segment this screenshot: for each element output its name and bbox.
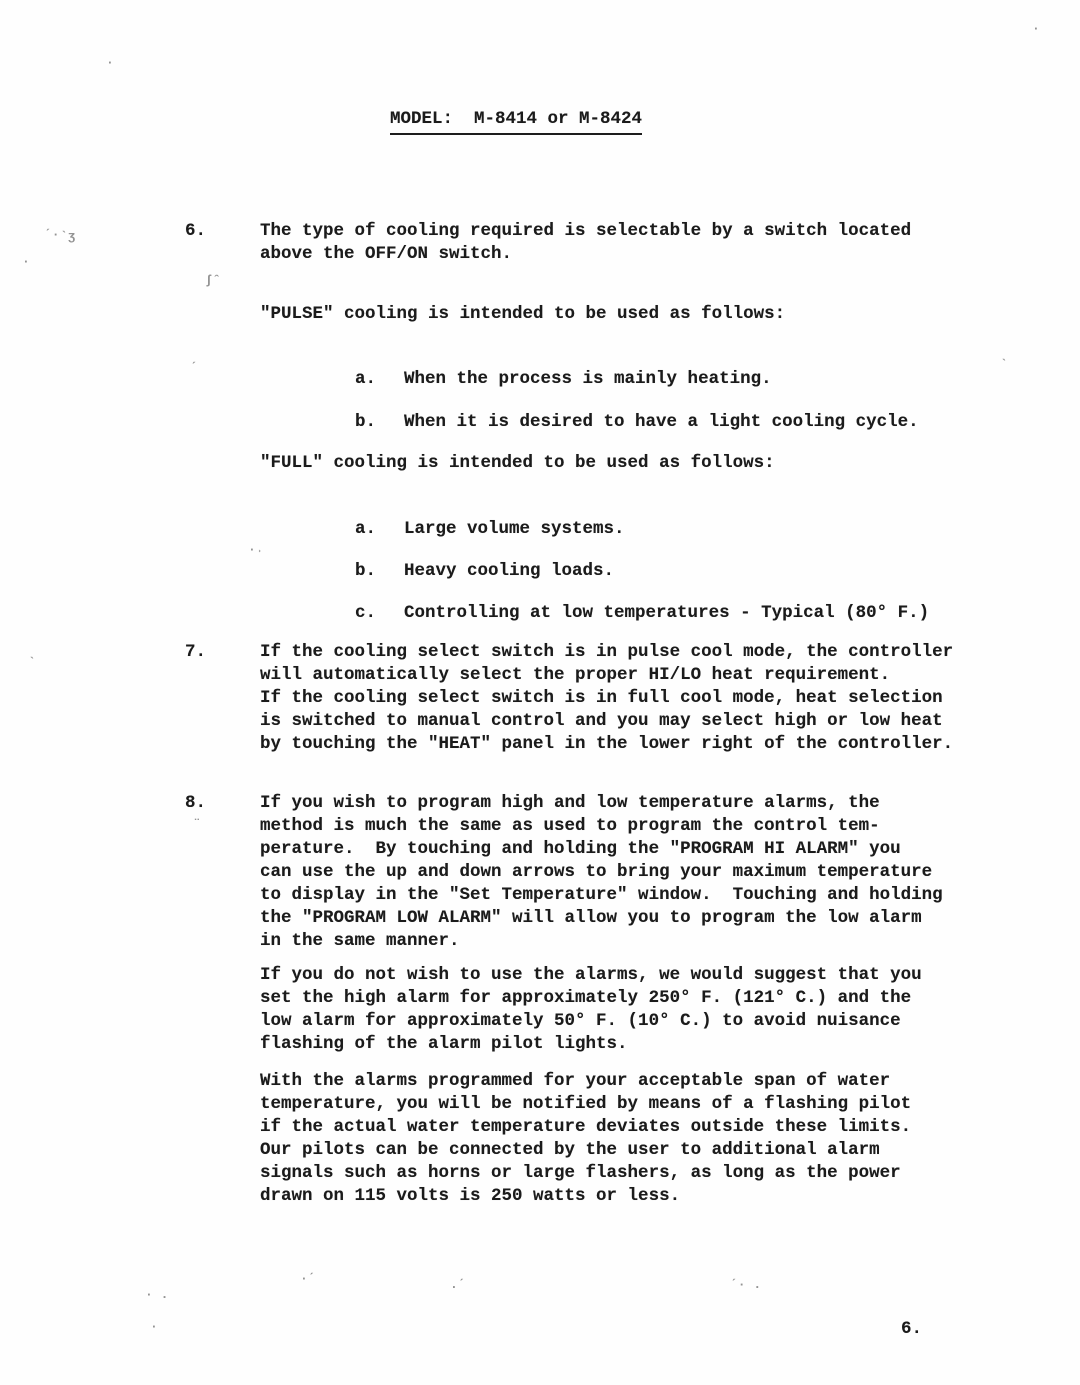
item-6-text: The type of cooling required is selectab… xyxy=(260,220,1030,266)
scan-artifact: · xyxy=(150,1320,158,1333)
scan-artifact: · xyxy=(1032,22,1040,35)
item-8-number: 8. xyxy=(185,792,206,815)
scan-artifact: · xyxy=(22,255,30,268)
item-7-text: If the cooling select switch is in pulse… xyxy=(260,641,1030,756)
scan-artifact: ·ˊ xyxy=(300,1272,316,1285)
item-8-text: If you wish to program high and low temp… xyxy=(260,792,1030,953)
scan-artifact: ˎ xyxy=(28,646,36,659)
scan-artifact: .ˊ xyxy=(450,1278,466,1291)
pulse-item-b: b.When it is desired to have a light coo… xyxy=(313,388,1053,457)
scan-artifact: ¨ xyxy=(193,818,201,831)
paragraph-alarm-defaults: If you do not wish to use the alarms, we… xyxy=(260,964,1030,1056)
scan-artifact: · . xyxy=(145,1288,168,1301)
full-item-a-text: Large volume systems. xyxy=(404,519,625,539)
scan-artifact: · xyxy=(106,56,114,69)
full-item-c: c.Controlling at low temperatures - Typi… xyxy=(313,579,1053,648)
scan-artifact: ʃˆ xyxy=(205,274,221,287)
pulse-item-b-letter: b. xyxy=(355,411,404,434)
full-cooling-intro: "FULL" cooling is intended to be used as… xyxy=(260,452,1030,475)
page-number: 6. xyxy=(901,1318,922,1341)
item-6-number: 6. xyxy=(185,220,206,243)
scan-artifact: ˋʒ xyxy=(60,230,76,243)
full-item-b-text: Heavy cooling loads. xyxy=(404,561,614,581)
scan-artifact: ·˒ xyxy=(248,543,264,556)
pulse-item-b-text: When it is desired to have a light cooli… xyxy=(404,412,919,432)
paragraph-pilot-flashing: With the alarms programmed for your acce… xyxy=(260,1070,1030,1208)
full-item-c-letter: c. xyxy=(355,602,404,625)
pulse-cooling-intro: "PULSE" cooling is intended to be used a… xyxy=(260,303,1030,326)
pulse-item-a-text: When the process is mainly heating. xyxy=(404,369,772,389)
full-item-c-text: Controlling at low temperatures - Typica… xyxy=(404,603,929,623)
document-page: MODEL: M-8414 or M-8424 6. The type of c… xyxy=(0,0,1080,1385)
scan-artifact: ˊ· . xyxy=(730,1278,761,1291)
scan-artifact: ˋ xyxy=(1000,358,1008,371)
item-7-number: 7. xyxy=(185,641,206,664)
page-title: MODEL: M-8414 or M-8424 xyxy=(390,108,642,135)
scan-artifact: ˏ xyxy=(190,351,198,364)
scan-artifact: ˊ· xyxy=(44,228,60,241)
